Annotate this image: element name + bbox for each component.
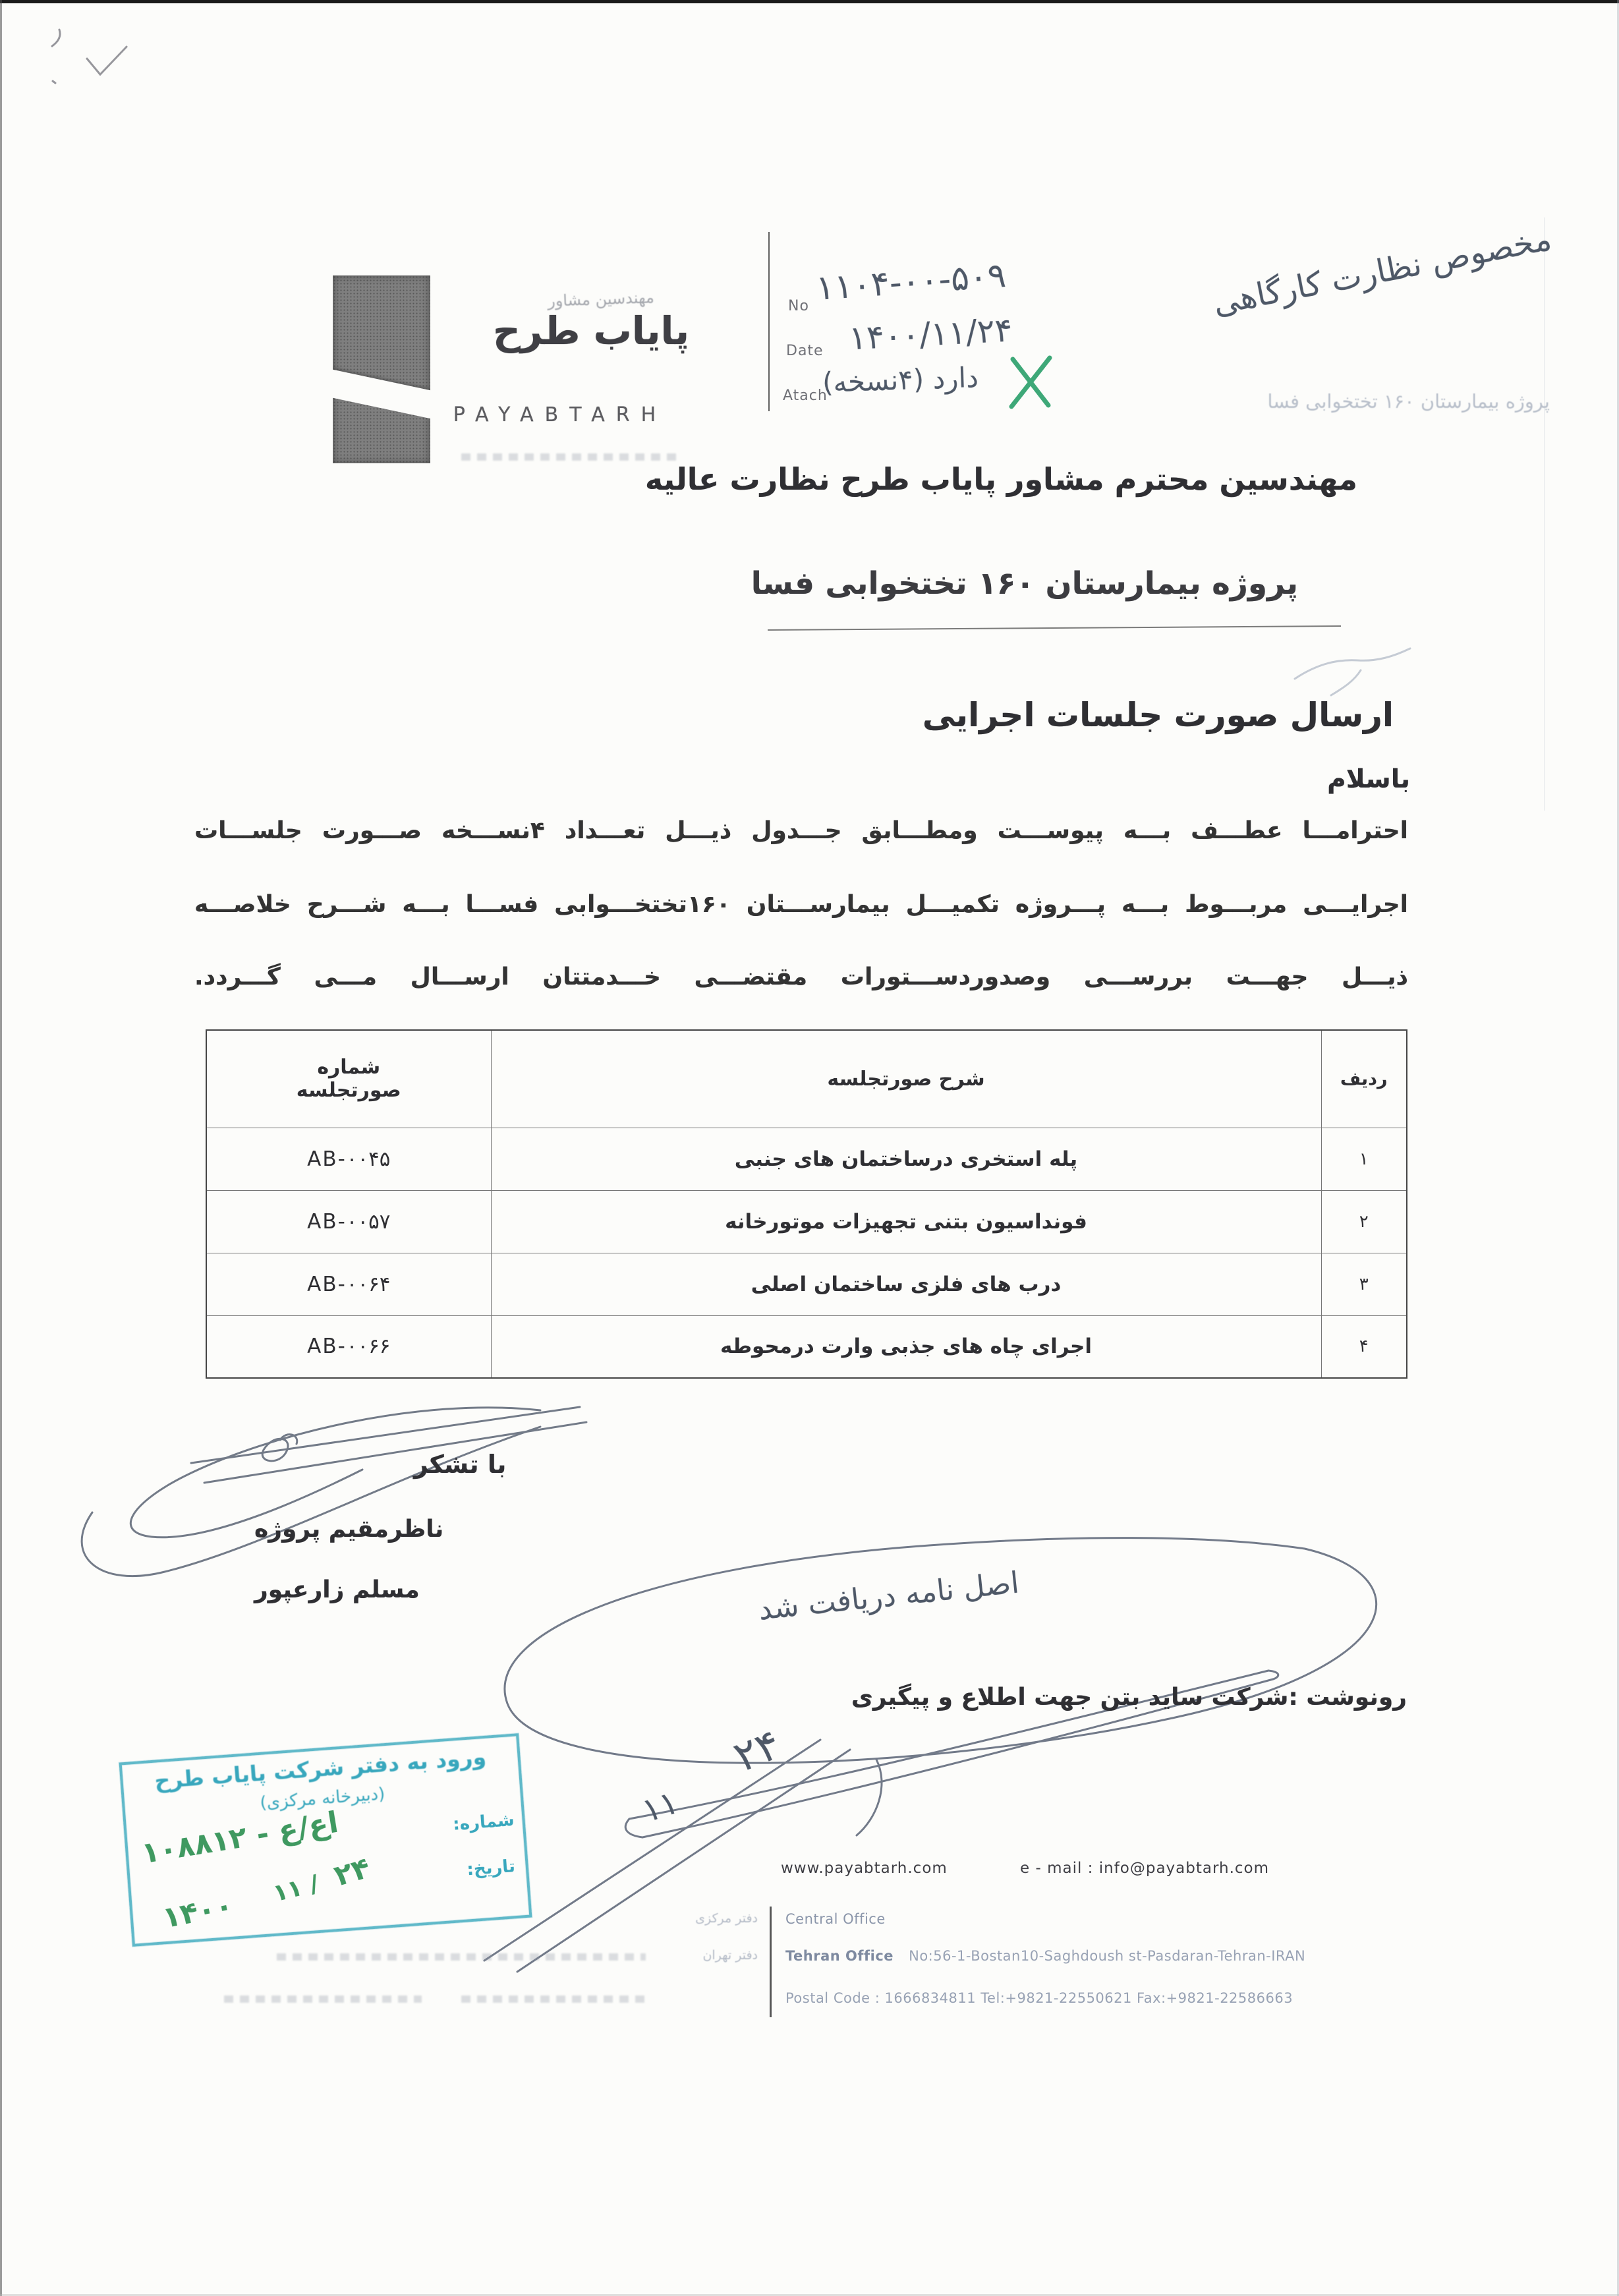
footer-fa-tehran-office: دفتر تهران — [702, 1948, 758, 1963]
minute-number-text: AB-۰۰۶۶ — [307, 1335, 390, 1358]
footer-fa-address-smudge — [277, 1953, 646, 1961]
stamp-number-label: شماره: — [452, 1810, 515, 1835]
company-logo — [333, 275, 430, 463]
cell-row-index: ۱ — [1321, 1128, 1407, 1190]
workshop-supervision-note: مخصوص نظارت کارگاهی — [1094, 220, 1554, 345]
project-title: پروژه بیمارستان ۱۶۰ تختخوابی فسا — [751, 565, 1298, 602]
entry-stamp: ورود به دفتر شرکت پایاب طرح (دبیرخانه مر… — [119, 1733, 532, 1947]
footer-central-office: Central Office — [785, 1911, 886, 1927]
signer-role: ناظرمقیم پروژه — [254, 1516, 443, 1543]
header-description: شرح صورتجلسه — [491, 1030, 1321, 1128]
cell-minute-number: AB-۰۰۵۷ — [206, 1190, 491, 1253]
stamp-date-year-handwritten: ۱۴۰۰ — [160, 1889, 236, 1936]
minutes-table: ردیف شرح صورتجلسه شماره صورتجلسه ۱ پله ا… — [206, 1029, 1407, 1379]
stamp-date-month-handwritten: ۱۱ / — [270, 1870, 322, 1908]
scanned-letter-page: مهندسین مشاور پایاب طرح PAYABTARH No ۱۱۰… — [0, 0, 1619, 2296]
cell-minute-number: AB-۰۰۴۵ — [206, 1128, 491, 1190]
footer-divider — [770, 1907, 772, 2017]
table-row: ۳ درب های فلزی ساختمان اصلی AB-۰۰۶۴ — [206, 1253, 1407, 1315]
body-line-2: اجرایـــی مربـــوط بـــه پـــروژه تکمیــ… — [194, 891, 1408, 918]
footer-tehran-address: No:56-1-Bostan10-Saghdoush st-Pasdaran-T… — [909, 1948, 1305, 1964]
scan-fold-line — [1544, 217, 1545, 811]
cell-minute-number: AB-۰۰۶۶ — [206, 1315, 491, 1378]
faint-project-line: پروژه بیمارستان ۱۶۰ تختخوابی فسا — [1267, 390, 1550, 413]
cell-row-index: ۴ — [1321, 1315, 1407, 1378]
addressee-line: مهندسین محترم مشاور پایاب طرح نظارت عالی… — [645, 461, 1357, 497]
corner-pencil-marks-icon — [40, 16, 165, 96]
table-row: ۴ اجرای چاه های جذبی وارت درمحوطه AB-۰۰۶… — [206, 1315, 1407, 1378]
footer-fa-central-office: دفتر مرکزی — [695, 1911, 758, 1926]
scan-edge-top — [0, 0, 1619, 3]
footer-fa-phone-smudge — [224, 1995, 422, 2003]
stamp-date-label: تاریخ: — [466, 1856, 515, 1880]
subject-line: ارسال صورت جلسات اجرایی — [923, 696, 1394, 734]
minute-number-text: AB-۰۰۶۴ — [307, 1273, 390, 1296]
salutation: باسلام — [1327, 764, 1410, 794]
cell-row-index: ۳ — [1321, 1253, 1407, 1315]
body-line-3: ذیـــل جهـــت بررســـی وصدوردســـتورات م… — [194, 963, 1408, 990]
brand-name-fa: پایاب طرح — [476, 308, 706, 353]
minute-number-text: AB-۰۰۴۵ — [307, 1147, 390, 1171]
cell-row-index: ۲ — [1321, 1190, 1407, 1253]
brand-name-en: PAYABTARH — [389, 403, 731, 426]
cell-description: اجرای چاه های جذبی وارت درمحوطه — [491, 1315, 1321, 1378]
email-text: e - mail : info@payabtarh.com — [1020, 1860, 1269, 1877]
no-value: ۱۱۰۴-۰۰-۵۰۹ — [814, 256, 1007, 308]
attach-value: دارد (۴نسخه) — [822, 361, 979, 399]
date-value: ۱۴۰۰/۱۱/۲۴ — [848, 311, 1013, 358]
minute-number-text: AB-۰۰۵۷ — [307, 1210, 390, 1234]
scan-edge-left — [0, 0, 2, 2296]
stamp-date-day-handwritten: ۲۴ — [331, 1851, 374, 1893]
cell-description: درب های فلزی ساختمان اصلی — [491, 1253, 1321, 1315]
footer-tehran-row: Tehran Office No:56-1-Bostan10-Saghdoush… — [785, 1948, 1305, 1964]
footer-fa-fax-smudge — [461, 1995, 646, 2003]
no-label: No — [788, 298, 809, 314]
table-row: ۲ فونداسیون بتنی تجهیزات موتورخانه AB-۰۰… — [206, 1190, 1407, 1253]
green-x-mark-icon — [1005, 353, 1061, 412]
website-text: www.payabtarh.com — [781, 1860, 948, 1877]
project-title-underline — [768, 625, 1341, 631]
cell-minute-number: AB-۰۰۶۴ — [206, 1253, 491, 1315]
letterhead-divider — [768, 232, 770, 411]
brand-subline-smudge — [461, 453, 679, 461]
cc-line: رونوشت :شرکت ساید بتن جهت اطلاع و پیگیری — [851, 1684, 1407, 1711]
footer-tehran-label: Tehran Office — [785, 1948, 894, 1964]
table-row: ۱ پله استخری درساختمان های جنبی AB-۰۰۴۵ — [206, 1128, 1407, 1190]
cell-description: فونداسیون بتنی تجهیزات موتورخانه — [491, 1190, 1321, 1253]
received-note-scribble — [455, 1476, 1456, 2017]
table-header-row: ردیف شرح صورتجلسه شماره صورتجلسه — [206, 1030, 1407, 1128]
attach-label: Atach — [783, 387, 828, 404]
header-row-index: ردیف — [1321, 1030, 1407, 1128]
header-minute-number: شماره صورتجلسه — [206, 1030, 491, 1128]
signer-name: مسلم زارعپور — [254, 1576, 420, 1603]
date-label: Date — [786, 343, 824, 359]
header-minute-number-line2: صورتجلسه — [213, 1079, 484, 1102]
thanks-label: با تشکر — [414, 1450, 506, 1479]
cell-description: پله استخری درساختمان های جنبی — [491, 1128, 1321, 1190]
footer-postal-line: Postal Code : 1666834811 Tel:+9821-22550… — [785, 1990, 1293, 2006]
header-minute-number-line1: شماره — [213, 1056, 484, 1079]
body-line-1: احترامـــا عطـــف بـــه پیوســـت ومطـــا… — [194, 817, 1408, 844]
